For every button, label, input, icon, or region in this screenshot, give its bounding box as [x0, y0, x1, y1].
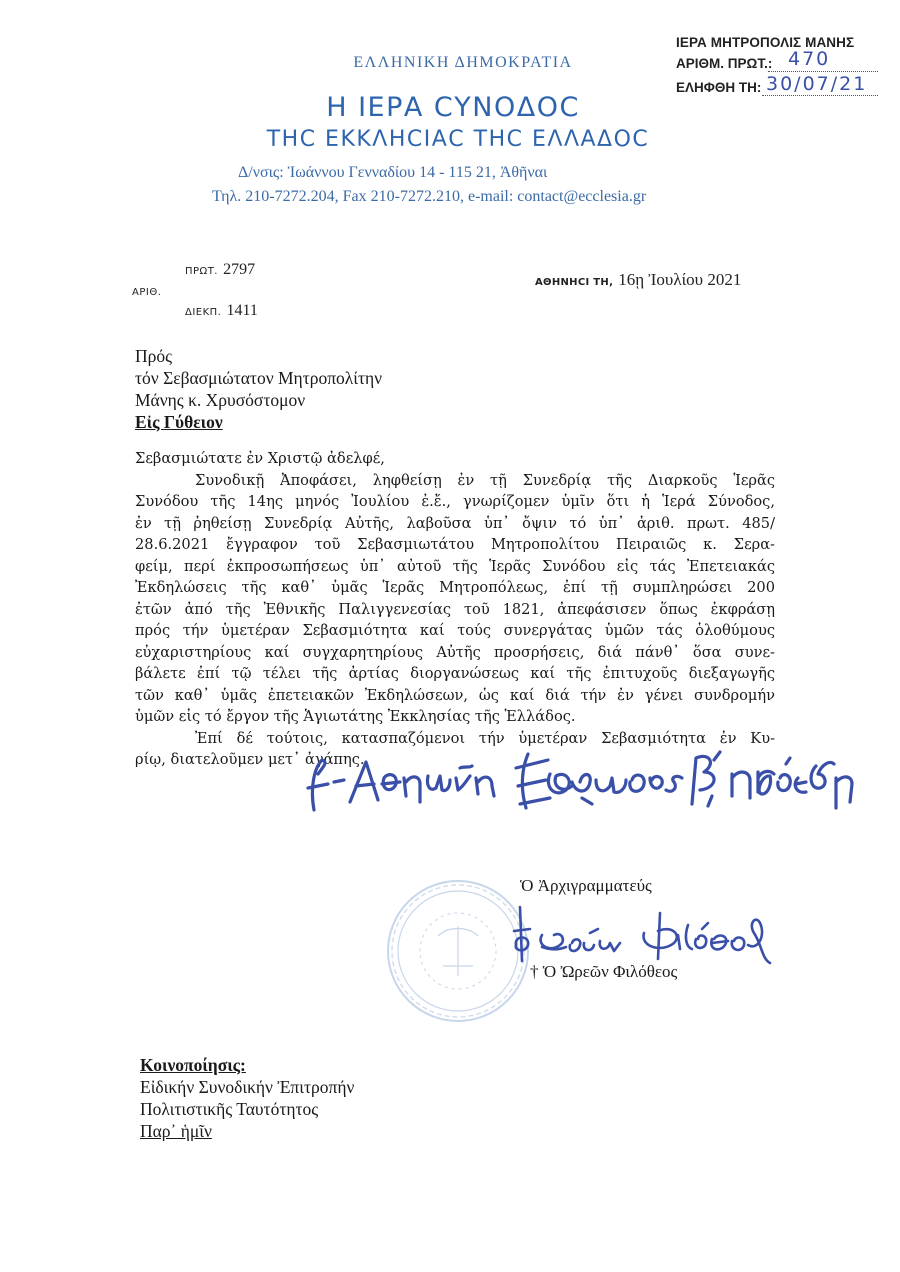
secretary-signature [512, 905, 772, 965]
stamp-protocol-label: ΑΡΙΘΜ. ΠΡΩΤ.: [676, 56, 772, 71]
stamp-title: ΙΕΡΑ ΜΗΤΡΟΠΟΛΙΣ ΜΑΝΗΣ [676, 35, 886, 50]
addressee-line: τόν Σεβασμιώτατον Μητροπολίτην [135, 367, 382, 389]
dispatch-label: ΔΙΕΚΠ. [185, 307, 221, 318]
body-line: τῶν καθ᾽ ὑμᾶς ἐπετειακῶν Ἐκδηλώσεων, ὡς … [135, 685, 775, 707]
notification-recipient: Εἰδικήν Συνοδικήν Ἐπιτροπήν [140, 1076, 354, 1098]
addressee-block: Πρός τόν Σεβασμιώτατον Μητροπολίτην Μάνη… [135, 345, 382, 433]
protocol-number: ΠΡΩΤ. 2797 [185, 259, 255, 279]
protocol-value: 2797 [223, 261, 255, 278]
body-line: πρός τήν ὑμετέραν Σεβασμιότητα καί τούς … [135, 620, 775, 642]
synod-seal [383, 876, 533, 1026]
stamp-protocol-value: 470 [788, 48, 830, 70]
date-value: 16ῃ Ἰουλίου 2021 [618, 270, 741, 289]
notification-internal: Παρ᾽ ἡμῖν [140, 1120, 354, 1142]
body-line: ἐτῶν ἀπό τῆς Ἐθνικῆς Παλιγγενεσίας τοῦ 1… [135, 599, 775, 621]
letter-date: ΑΘΗΝΗCΙ ΤΗ, 16ῃ Ἰουλίου 2021 [535, 270, 741, 290]
body-line: Ἐκδηλώσεις τῆς καθ᾽ ὑμᾶς Ἱερᾶς Μητροπόλε… [135, 577, 775, 599]
president-signature [300, 738, 870, 818]
dispatch-value: 1411 [226, 302, 257, 319]
stamp-dotted-line [762, 95, 878, 96]
body-line: Συνόδου τῆς 14ης μηνός Ἰουλίου ἐ.ἔ., γνω… [135, 491, 775, 513]
addressee-destination: Εἰς Γύθειον [135, 411, 382, 433]
body-line: φείμ, περί ἐκπροσωπήσεως ὑπ᾽ αὐτοῦ τῆς Ἱ… [135, 556, 775, 578]
body-line: βάλετε ἐπί τῷ τέλει τῆς ἀρτίας διοργανώσ… [135, 663, 775, 685]
stamp-protocol-row: ΑΡΙΘΜ. ΠΡΩΤ.: 470 [676, 50, 886, 74]
stamp-dotted-line [768, 71, 878, 72]
notification-recipient: Πολιτιστικῆς Ταυτότητος [140, 1098, 354, 1120]
letter-body: Σεβασμιώτατε ἐν Χριστῷ ἀδελφέ, Συνοδικῇ … [135, 448, 775, 771]
protocol-label: ΠΡΩΤ. [185, 266, 218, 277]
stamp-received-row: ΕΛΗΦΘΗ ΤΗ: 30/07/21 [676, 74, 886, 98]
stamp-received-label: ΕΛΗΦΘΗ ΤΗ: [676, 80, 761, 95]
secretary-name: † Ὁ Ὠρεῶν Φιλόθεος [530, 962, 677, 982]
arith-label: ΑΡΙΘ. [132, 287, 161, 298]
addressee-line: Πρός [135, 345, 382, 367]
stamp-received-value: 30/07/21 [766, 73, 867, 95]
addressee-line: Μάνης κ. Χρυσόστομον [135, 389, 382, 411]
notification-block: Κοινοποίησις: Εἰδικήν Συνοδικήν Ἐπιτροπή… [140, 1054, 354, 1142]
body-line: εὐχαριστηρίους καί συγχαρητηρίους Αὐτῆς … [135, 642, 775, 664]
secretary-title: Ὁ Ἀρχιγραμματεύς [520, 876, 652, 896]
letterhead-address: Δ/νσις: Ἰωάννου Γενναδίου 14 - 115 21, Ἀ… [238, 164, 547, 182]
salutation: Σεβασμιώτατε ἐν Χριστῷ ἀδελφέ, [135, 448, 775, 470]
body-line: ὑμῶν εἰς τό ἔργον τῆς Ἁγιωτάτης Ἐκκλησία… [135, 706, 775, 728]
notification-title: Κοινοποίησις: [140, 1054, 354, 1076]
body-paragraph-1: Συνοδικῇ Ἀποφάσει, ληφθείσῃ ἐν τῇ Συνεδρ… [135, 470, 775, 728]
body-line: ἐν τῇ ῥηθείσῃ Συνεδρίᾳ Αὐτῆς, λαβοῦσα ὑπ… [135, 513, 775, 535]
body-line: 28.6.2021 ἔγγραφον τοῦ Σεβασμιωτάτου Μητ… [135, 534, 775, 556]
date-label: ΑΘΗΝΗCΙ ΤΗ, [535, 277, 613, 288]
body-line: Συνοδικῇ Ἀποφάσει, ληφθείσῃ ἐν τῇ Συνεδρ… [135, 470, 775, 492]
letterhead-contact: Τηλ. 210-7272.204, Fax 210-7272.210, e-m… [212, 188, 646, 206]
dispatch-number: ΔΙΕΚΠ. 1411 [185, 300, 258, 320]
letterhead-church: ΤΗC ΕΚΚΛΗCΙΑC ΤΗC ΕΛΛΑΔΟC [0, 127, 900, 152]
received-stamp: ΙΕΡΑ ΜΗΤΡΟΠΟΛΙΣ ΜΑΝΗΣ ΑΡΙΘΜ. ΠΡΩΤ.: 470 … [676, 35, 886, 98]
